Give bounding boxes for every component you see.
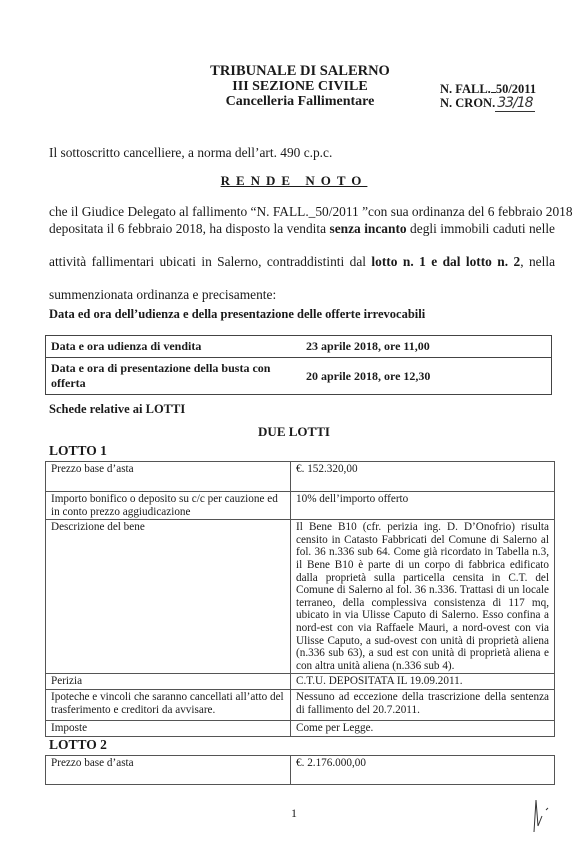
cron-handwritten-value: 33/18: [495, 95, 534, 112]
court-name: TRIBUNALE DI SALERNO: [180, 64, 420, 79]
date-value: 23 aprile 2018, ore 11,00: [301, 336, 552, 358]
table-row: Data e ora di presentazione della busta …: [46, 358, 552, 395]
lot-field-value: €. 2.176.000,00: [291, 756, 555, 785]
table-row: Ipoteche e vincoli che saranno cancellat…: [46, 689, 555, 720]
lot-field-label: Perizia: [46, 674, 291, 690]
table-row: Descrizione del bene Il Bene B10 (cfr. p…: [46, 520, 555, 674]
cron-label: N. CRON.: [440, 96, 495, 110]
signature-icon: [528, 796, 558, 836]
lot-field-label: Prezzo base d’asta: [46, 462, 291, 492]
date-label: Data e ora di presentazione della busta …: [46, 358, 302, 395]
date-label: Data e ora udienza di vendita: [46, 336, 302, 358]
lot-field-value: Il Bene B10 (cfr. perizia ing. D. D’Onof…: [291, 520, 555, 674]
court-office: Cancelleria Fallimentare: [180, 94, 420, 109]
fall-number: N. FALL.50/2011: [440, 82, 536, 96]
case-numbers: N. FALL.50/2011 N. CRON.33/18: [440, 82, 536, 110]
body-line-3: attività fallimentari ubicati in Salerno…: [49, 254, 555, 270]
lot-field-value: 10% dell’importo offerto: [291, 492, 555, 520]
dates-section-title: Data ed ora dell’udienza e della present…: [49, 307, 425, 322]
page-number: 1: [291, 806, 297, 821]
table-row: Prezzo base d’asta €. 2.176.000,00: [46, 756, 555, 785]
dates-table: Data e ora udienza di vendita 23 aprile …: [45, 335, 552, 395]
rende-noto-heading: RENDE NOTO: [0, 173, 588, 189]
intro-text: Il sottoscritto cancelliere, a norma del…: [49, 145, 332, 161]
court-header: TRIBUNALE DI SALERNO III SEZIONE CIVILE …: [180, 64, 420, 109]
lot-field-label: Prezzo base d’asta: [46, 756, 291, 785]
lots-section-title: Schede relative ai LOTTI: [49, 402, 185, 417]
table-row: Perizia C.T.U. DEPOSITATA IL 19.09.2011.: [46, 674, 555, 690]
lotto-2-title: LOTTO 2: [49, 737, 107, 753]
lot-field-value: Nessuno ad eccezione della trascrizione …: [291, 689, 555, 720]
court-section: III SEZIONE CIVILE: [180, 79, 420, 94]
table-row: Prezzo base d’asta €. 152.320,00: [46, 462, 555, 492]
rende-noto-text: RENDE NOTO: [221, 173, 368, 188]
date-value: 20 aprile 2018, ore 12,30: [301, 358, 552, 395]
lotto-1-table: Prezzo base d’asta €. 152.320,00 Importo…: [45, 461, 555, 737]
table-row: Data e ora udienza di vendita 23 aprile …: [46, 336, 552, 358]
lot-field-value: Come per Legge.: [291, 720, 555, 736]
lotto-2-table: Prezzo base d’asta €. 2.176.000,00: [45, 755, 555, 785]
lot-field-label: Imposte: [46, 720, 291, 736]
cron-number: N. CRON.33/18: [440, 96, 536, 110]
lot-field-value: €. 152.320,00: [291, 462, 555, 492]
lot-field-label: Importo bonifico o deposito su c/c per c…: [46, 492, 291, 520]
body-line-1: che il Giudice Delegato al fallimento “N…: [49, 204, 555, 220]
lot-field-value: C.T.U. DEPOSITATA IL 19.09.2011.: [291, 674, 555, 690]
lot-field-label: Descrizione del bene: [46, 520, 291, 674]
fall-label: N. FALL.: [440, 82, 491, 96]
lotto-1-title: LOTTO 1: [49, 443, 107, 459]
table-row: Imposte Come per Legge.: [46, 720, 555, 736]
table-row: Importo bonifico o deposito su c/c per c…: [46, 492, 555, 520]
lot-field-label: Ipoteche e vincoli che saranno cancellat…: [46, 689, 291, 720]
body-line-2: depositata il 6 febbraio 2018, ha dispos…: [49, 221, 555, 237]
body-line-4: summenzionata ordinanza e precisamente:: [49, 287, 276, 303]
lots-subtitle: DUE LOTTI: [0, 424, 588, 440]
fall-value: 50/2011: [496, 82, 536, 96]
